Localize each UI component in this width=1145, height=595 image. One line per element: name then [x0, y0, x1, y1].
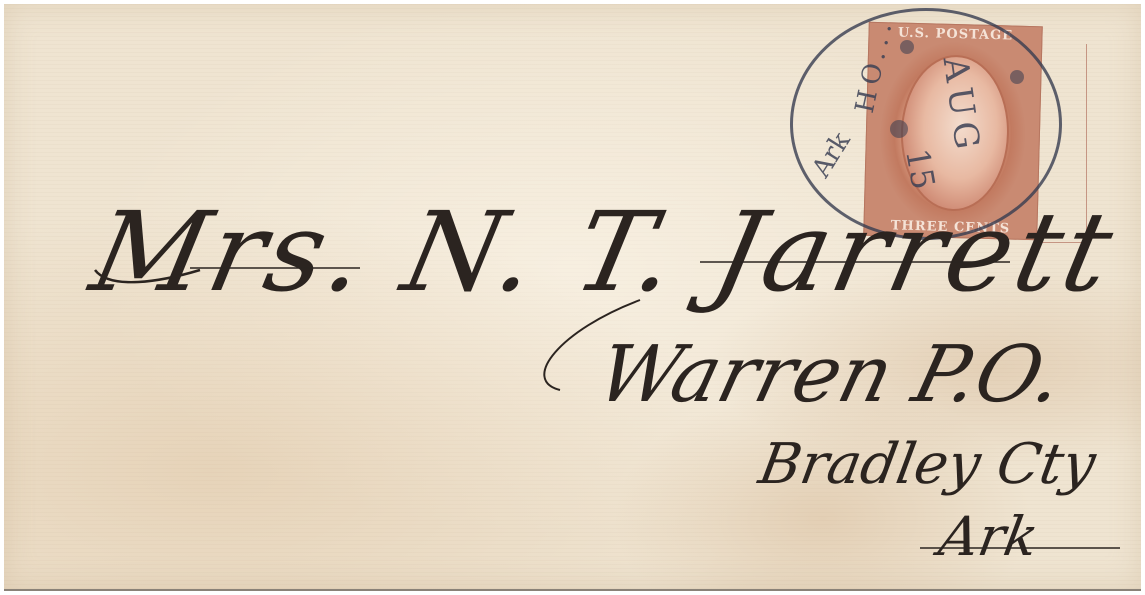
- pen-flourishes: [0, 0, 1145, 595]
